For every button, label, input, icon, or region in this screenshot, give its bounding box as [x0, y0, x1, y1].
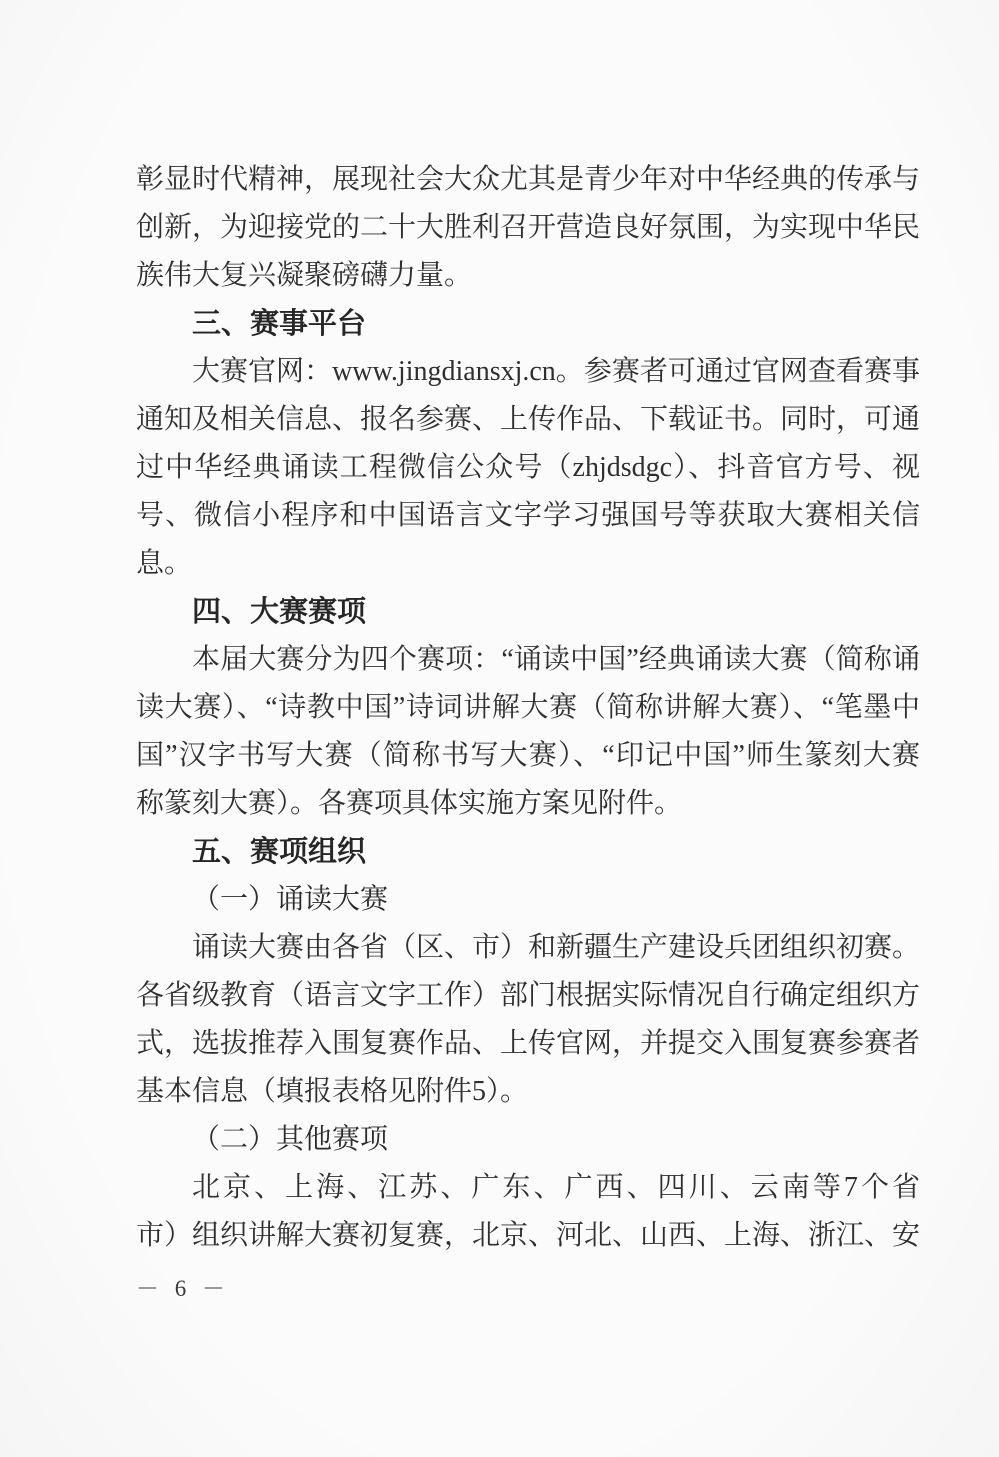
paragraph-line: 族伟大复兴凝聚磅礴力量。	[136, 252, 920, 300]
paragraph-line: 国”汉字书写大赛（简称书写大赛）、“印记中国”师生篆刻大赛（简	[136, 732, 920, 780]
paragraph-line: 称篆刻大赛）。各赛项具体实施方案见附件。	[136, 780, 920, 828]
paragraph-line: 式，选拔推荐入围复赛作品、上传官网，并提交入围复赛参赛者	[136, 1020, 920, 1068]
paragraph-line: 彰显时代精神，展现社会大众尤其是青少年对中华经典的传承与	[136, 156, 920, 204]
paragraph-line: 各省级教育（语言文字工作）部门根据实际情况自行确定组织方	[136, 972, 920, 1020]
paragraph-line: 号、微信小程序和中国语言文字学习强国号等获取大赛相关信	[136, 492, 920, 540]
document-lines: 彰显时代精神，展现社会大众尤其是青少年对中华经典的传承与创新，为迎接党的二十大胜…	[136, 156, 920, 1260]
subsection-heading: （二）其他赛项	[136, 1116, 920, 1164]
paragraph-line: 创新，为迎接党的二十大胜利召开营造良好氛围，为实现中华民	[136, 204, 920, 252]
page-number: － 6 －	[136, 1265, 920, 1313]
paragraph-line: 读大赛）、“诗教中国”诗词讲解大赛（简称讲解大赛）、“笔墨中	[136, 684, 920, 732]
paragraph-line: 诵读大赛由各省（区、市）和新疆生产建设兵团组织初赛。	[136, 924, 920, 972]
document-body: 彰显时代精神，展现社会大众尤其是青少年对中华经典的传承与创新，为迎接党的二十大胜…	[136, 156, 920, 1313]
section-heading: 五、赛项组织	[136, 828, 920, 876]
paragraph-line: 基本信息（填报表格见附件5）。	[136, 1068, 920, 1116]
paragraph-line: 通知及相关信息、报名参赛、上传作品、下载证书。同时，可通	[136, 396, 920, 444]
section-heading: 四、大赛赛项	[136, 588, 920, 636]
document-page: 彰显时代精神，展现社会大众尤其是青少年对中华经典的传承与创新，为迎接党的二十大胜…	[0, 0, 999, 1457]
subsection-heading: （一）诵读大赛	[136, 876, 920, 924]
paragraph-line: 大赛官网：www.jingdiansxj.cn。参赛者可通过官网查看赛事	[136, 348, 920, 396]
paragraph-line: 北京、上海、江苏、广东、广西、四川、云南等7个省（区、	[136, 1164, 920, 1212]
paragraph-line: 市）组织讲解大赛初复赛，北京、河北、山西、上海、浙江、安	[136, 1212, 920, 1260]
paragraph-line: 过中华经典诵读工程微信公众号（zhjdsdgc）、抖音官方号、视频	[136, 444, 920, 492]
paragraph-line: 本届大赛分为四个赛项：“诵读中国”经典诵读大赛（简称诵	[136, 636, 920, 684]
paragraph-line: 息。	[136, 540, 920, 588]
section-heading: 三、赛事平台	[136, 300, 920, 348]
